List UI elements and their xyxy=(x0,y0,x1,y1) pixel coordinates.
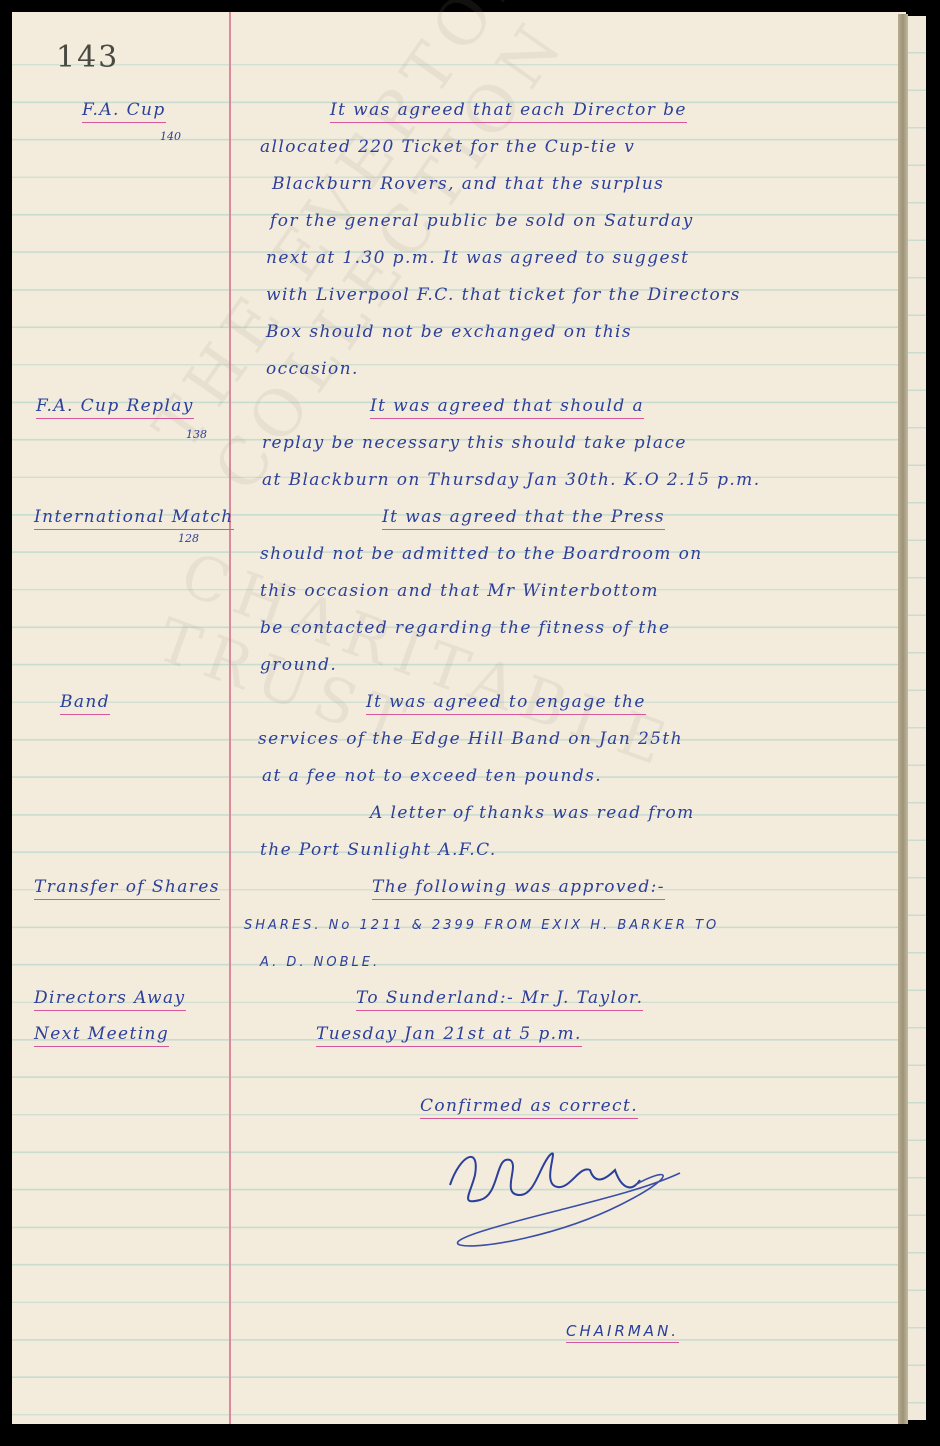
entry-ref: 128 xyxy=(178,532,199,545)
entry-line: The following was approved:- xyxy=(372,877,665,897)
entry-line: at Blackburn on Thursday Jan 30th. K.O 2… xyxy=(262,470,761,490)
chairman-signature: R.E. Searle xyxy=(440,1125,700,1269)
entry-heading: F.A. Cup Replay xyxy=(36,396,194,419)
entry-line: Box should not be exchanged on this xyxy=(266,322,632,342)
entry-line: Tuesday Jan 21st at 5 p.m. xyxy=(316,1024,582,1044)
entry-line: It was agreed to engage the xyxy=(366,692,646,712)
entry-heading: Band xyxy=(60,692,110,715)
margin-rule xyxy=(229,12,231,1424)
entry-line: A letter of thanks was read from xyxy=(370,803,695,823)
chairman-title: CHAIRMAN. xyxy=(566,1322,679,1340)
entry-line: next at 1.30 p.m. It was agreed to sugge… xyxy=(266,248,689,268)
svg-text:R.E. Searle: R.E. Searle xyxy=(440,1125,446,1126)
entry-heading: F.A. Cup xyxy=(82,100,166,123)
entry-line: for the general public be sold on Saturd… xyxy=(270,211,694,231)
entry-line: occasion. xyxy=(266,359,359,379)
page-number: 143 xyxy=(56,40,119,75)
entry-line: at a fee not to exceed ten pounds. xyxy=(262,766,602,786)
entry-heading: Directors Away xyxy=(34,988,186,1011)
entry-line: It was agreed that each Director be xyxy=(330,100,687,120)
entry-line: this occasion and that Mr Winterbottom xyxy=(260,581,659,601)
entry-line: allocated 220 Ticket for the Cup-tie v xyxy=(260,137,635,157)
entry-heading: Next Meeting xyxy=(34,1024,169,1047)
entry-line: services of the Edge Hill Band on Jan 25… xyxy=(258,729,683,749)
entry-line: Blackburn Rovers, and that the surplus xyxy=(272,174,664,194)
entry-line: the Port Sunlight A.F.C. xyxy=(260,840,497,860)
entry-line: should not be admitted to the Boardroom … xyxy=(260,544,703,564)
entry-line: ground. xyxy=(260,655,337,675)
entry-line: replay be necessary this should take pla… xyxy=(262,433,687,453)
entry-line: with Liverpool F.C. that ticket for the … xyxy=(266,285,741,305)
entry-line: be contacted regarding the fitness of th… xyxy=(260,618,670,638)
book-gutter xyxy=(898,14,908,1424)
confirmation-text: Confirmed as correct. xyxy=(420,1096,638,1116)
facing-page-edge xyxy=(908,16,926,1420)
entry-heading: Transfer of Shares xyxy=(34,877,220,900)
entry-ref: 138 xyxy=(186,428,207,441)
entry-ref: 140 xyxy=(160,130,181,143)
entry-line: To Sunderland:- Mr J. Taylor. xyxy=(356,988,643,1008)
entry-line: It was agreed that the Press xyxy=(382,507,665,527)
entry-heading: International Match xyxy=(34,507,234,530)
entry-line: SHARES. No 1211 & 2399 FROM EXIX H. BARK… xyxy=(244,918,719,933)
entry-line: A. D. NOBLE. xyxy=(260,955,380,970)
entry-line: It was agreed that should a xyxy=(370,396,644,416)
